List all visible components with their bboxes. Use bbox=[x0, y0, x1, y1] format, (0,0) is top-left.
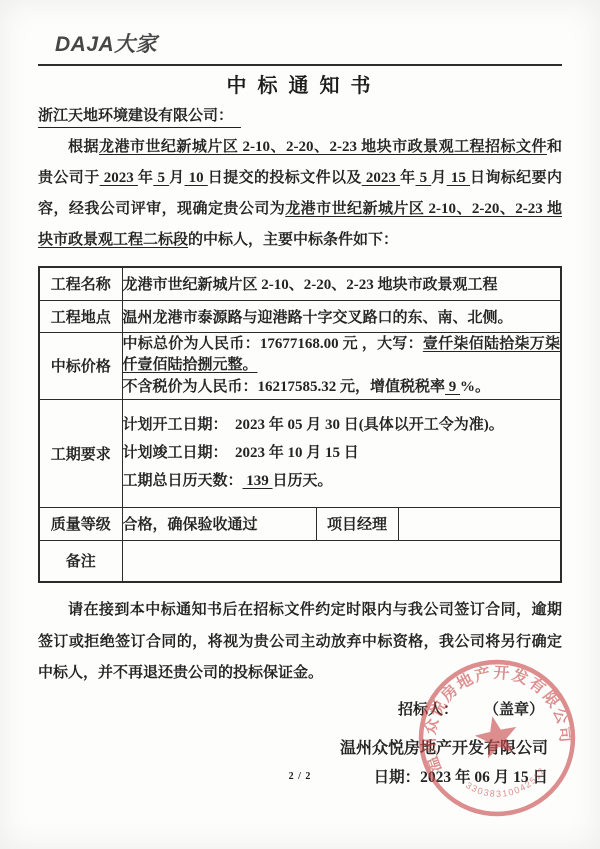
text-segment: 139 bbox=[243, 473, 273, 489]
row-value: 合格，确保验收通过 bbox=[122, 507, 316, 540]
text-segment: 根据 bbox=[68, 139, 99, 155]
company-logo: DAJA大家 bbox=[55, 33, 562, 57]
row-label: 质量等级 bbox=[39, 507, 122, 540]
table-row-quality: 质量等级 合格，确保验收通过 项目经理 bbox=[39, 507, 561, 540]
price-total-line: 中标总价为人民币：17677168.00 元 ，大写：壹仟柒佰陆拾柒万柒仟壹佰陆… bbox=[123, 334, 561, 376]
text-segment: 日提交的投标文件以及 bbox=[208, 170, 362, 186]
table-row-duration: 工期要求 计划开工日期： 2023 年 05 月 30 日(具体以开工令为准)。… bbox=[39, 399, 561, 507]
addressee: 浙江天地环境建设有限公司： bbox=[38, 106, 241, 128]
text-segment: 日历天。 bbox=[273, 473, 333, 489]
award-conditions-table: 工程名称 龙港市世纪新城片区 2-10、2-20、2-23 地块市政景观工程 工… bbox=[38, 266, 562, 583]
row-label: 中标价格 bbox=[39, 332, 122, 399]
row-label: 工程地点 bbox=[39, 300, 122, 332]
text-segment: 15 bbox=[447, 170, 470, 186]
text-segment: 10 bbox=[185, 170, 208, 186]
tenderee-label: 招标人： bbox=[398, 702, 458, 718]
table-row-remark: 备注 bbox=[39, 540, 561, 582]
row-label-project-manager: 项目经理 bbox=[316, 507, 398, 540]
intro-paragraph: 根据龙港市世纪新城片区 2-10、2-20、2-23 地块市政景观工程招标文件和… bbox=[38, 132, 562, 256]
tenderee-signature-line: 招标人：（盖章） bbox=[38, 699, 562, 721]
document-page: DAJA大家 中 标 通 知 书 浙江天地环境建设有限公司： 根据龙港市世纪新城… bbox=[0, 0, 600, 849]
document-title: 中 标 通 知 书 bbox=[38, 73, 562, 99]
text-segment: 5 bbox=[415, 170, 431, 186]
row-label: 工程名称 bbox=[39, 267, 122, 300]
text-segment: 9 bbox=[445, 379, 460, 395]
text-segment: 2023 bbox=[100, 170, 138, 186]
text-segment: 2023 bbox=[362, 170, 400, 186]
finish-date-line: 计划竣工日期： 2023 年 10 月 15 日 bbox=[123, 439, 561, 467]
text-segment: 龙港市世纪新城片区 2-10、2-20、2-23 地块市政景观工程招标文件 bbox=[99, 139, 547, 155]
text-segment: 中标总价为人民币：17677168.00 元 ，大写： bbox=[123, 336, 423, 352]
table-row-location: 工程地点 温州龙港市泰源路与迎港路十字交叉路口的东、南、北侧。 bbox=[39, 300, 561, 332]
table-row-price: 中标价格 中标总价为人民币：17677168.00 元 ，大写：壹仟柒佰陆拾柒万… bbox=[39, 332, 561, 399]
start-date-line: 计划开工日期： 2023 年 05 月 30 日(具体以开工令为准)。 bbox=[123, 411, 561, 439]
row-label: 备注 bbox=[39, 540, 122, 582]
seal-note: （盖章） bbox=[484, 702, 544, 718]
row-value: 温州龙港市泰源路与迎港路十字交叉路口的东、南、北侧。 bbox=[122, 300, 561, 332]
text-segment: 的中标人，主要中标条件如下： bbox=[188, 232, 398, 248]
text-segment: 年 bbox=[400, 170, 415, 186]
row-value: 中标总价为人民币：17677168.00 元 ，大写：壹仟柒佰陆拾柒万柒仟壹佰陆… bbox=[122, 332, 561, 399]
table-row-project-name: 工程名称 龙港市世纪新城片区 2-10、2-20、2-23 地块市政景观工程 bbox=[39, 267, 561, 300]
closing-paragraph: 请在接到本中标通知书后在招标文件约定时限内与我公司签订合同，逾期签订或拒绝签订合… bbox=[38, 595, 562, 690]
page-number: 2 / 2 bbox=[0, 771, 600, 782]
text-segment: 月 bbox=[169, 170, 184, 186]
price-excl-tax-line: 不含税价为人民币：16217585.32 元，增值税税率 9 %。 bbox=[123, 377, 561, 398]
tenderee-company: 温州众悦房地产开发有限公司 bbox=[38, 738, 562, 760]
text-segment: 5 bbox=[153, 170, 169, 186]
text-segment: %。 bbox=[460, 379, 490, 395]
text-segment: 年 bbox=[138, 170, 153, 186]
row-label: 工期要求 bbox=[39, 399, 122, 507]
text-segment: 工期总日历天数： bbox=[123, 473, 243, 489]
row-value-project-manager bbox=[398, 507, 561, 540]
header-divider bbox=[38, 64, 562, 66]
text-segment: 月 bbox=[431, 170, 446, 186]
calendar-days-line: 工期总日历天数： 139 日历天。 bbox=[123, 467, 561, 495]
row-value: 龙港市世纪新城片区 2-10、2-20、2-23 地块市政景观工程 bbox=[122, 267, 561, 300]
row-value: 计划开工日期： 2023 年 05 月 30 日(具体以开工令为准)。 计划竣工… bbox=[122, 399, 561, 507]
text-segment: 不含税价为人民币：16217585.32 元，增值税税率 bbox=[123, 379, 446, 395]
row-value bbox=[122, 540, 561, 582]
